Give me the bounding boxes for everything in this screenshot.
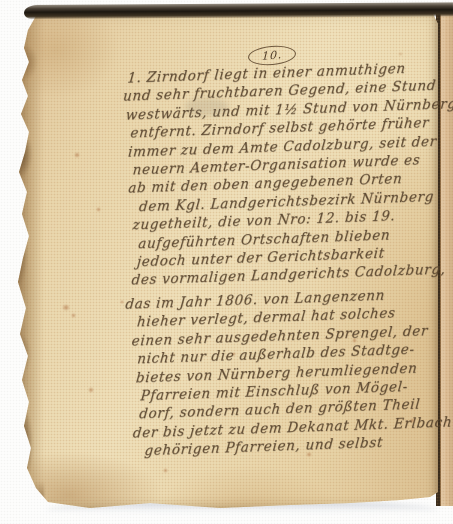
foxing-stain xyxy=(410,418,415,423)
torn-left-edge xyxy=(14,4,44,510)
foxing-stain xyxy=(232,352,236,356)
foxing-stain xyxy=(96,207,101,212)
book-top-edge xyxy=(24,2,453,19)
foxing-stain xyxy=(71,313,76,318)
foxing-stain xyxy=(62,304,70,311)
ink-smudge xyxy=(185,98,229,116)
foxing-stain xyxy=(120,300,124,304)
foxing-stain xyxy=(163,468,168,473)
page-number: 10. xyxy=(261,49,282,62)
foxing-stain xyxy=(88,387,94,393)
handwritten-text-block: 1. Zirndorf liegt in einer anmuthigen un… xyxy=(116,58,453,461)
foxing-stain xyxy=(398,52,403,56)
foxing-stain xyxy=(306,452,312,457)
foxing-stain xyxy=(352,338,357,343)
foxing-stain xyxy=(74,152,80,158)
scan-background: 10. 1. Zirndorf liegt in einer anmuthige… xyxy=(0,0,453,524)
